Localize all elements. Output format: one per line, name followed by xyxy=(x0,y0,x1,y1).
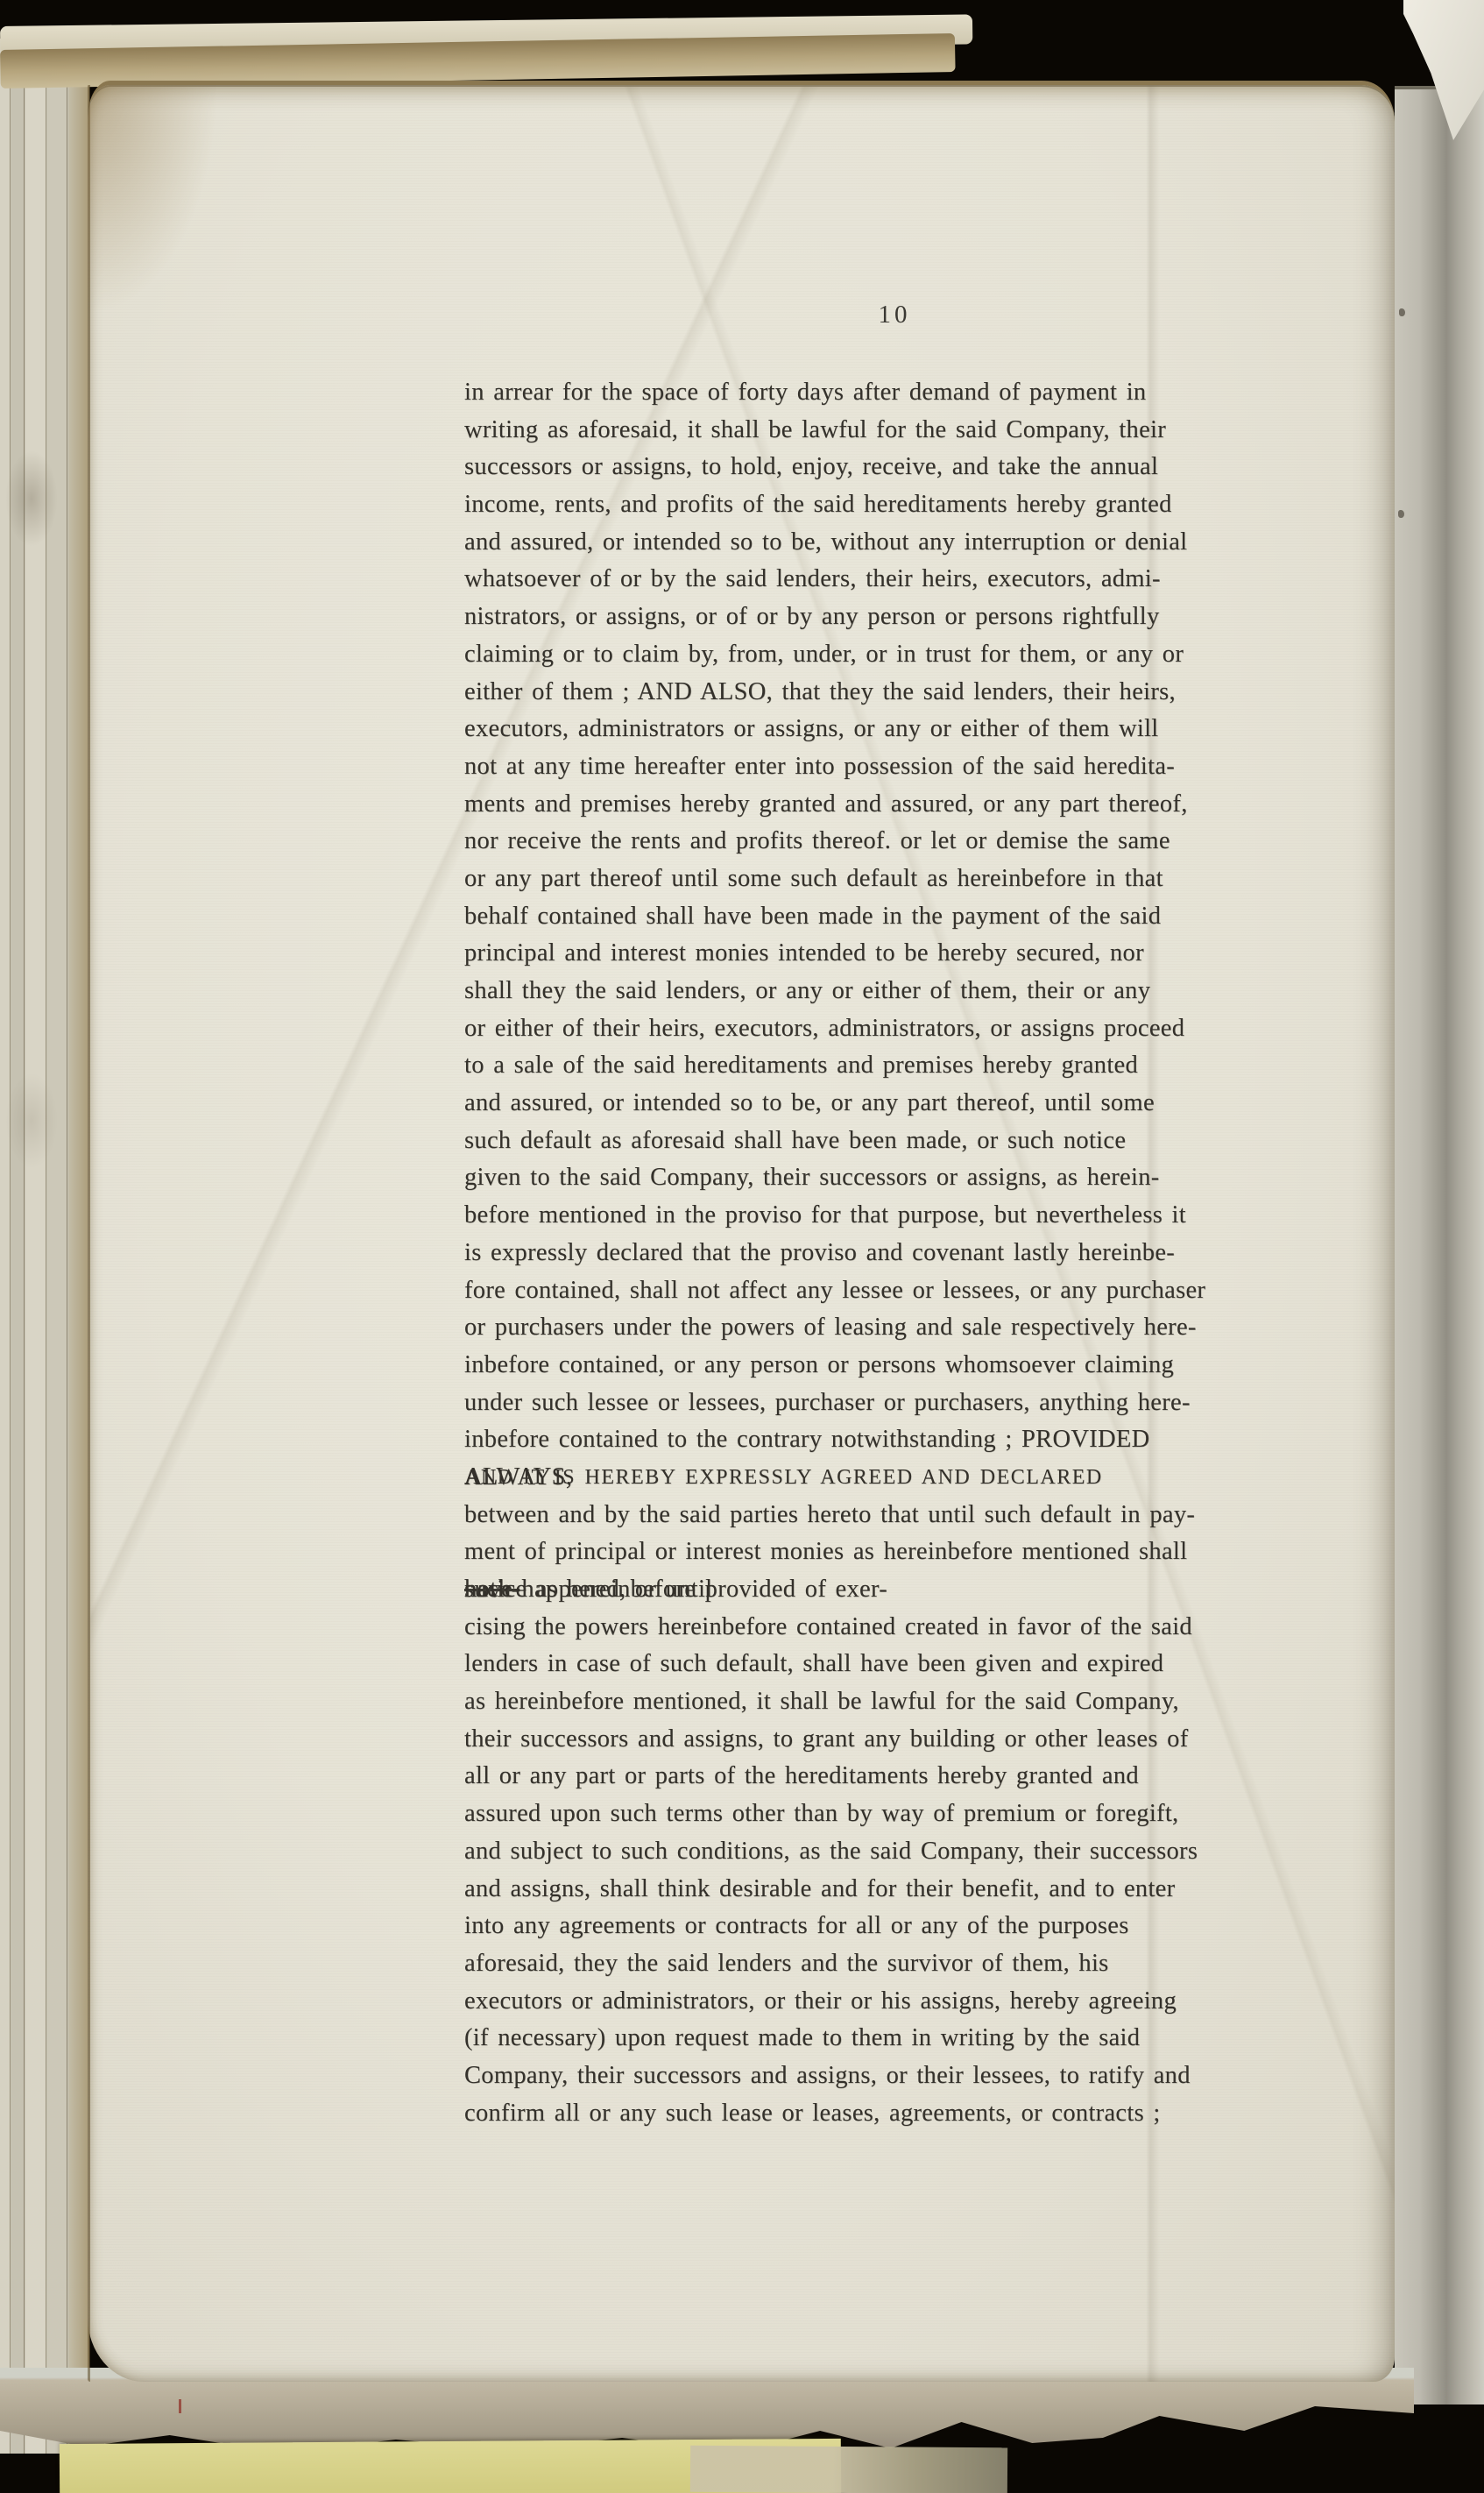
text-line: whatsoever of or by the said lenders, th… xyxy=(464,561,1325,598)
text-line: Company, their successors and assigns, o… xyxy=(464,2057,1325,2095)
text-line: writing as aforesaid, it shall be lawful… xyxy=(464,412,1325,450)
page-edge-strip xyxy=(47,39,67,2454)
text-line: executors or administrators, or their or… xyxy=(464,1983,1325,2021)
text-line: such default as aforesaid shall have bee… xyxy=(464,1123,1325,1160)
text-line: claiming or to claim by, from, under, or… xyxy=(464,636,1325,674)
text-line: nistrators, or assigns, or of or by any … xyxy=(464,598,1325,636)
page-left-edge xyxy=(88,85,90,2382)
text-line: their successors and assigns, to grant a… xyxy=(464,1721,1325,1759)
text-line: nor receive the rents and profits thereo… xyxy=(464,823,1325,861)
book-scan-photo: 10 in arrear for the space of forty days… xyxy=(0,0,1484,2493)
text-line: inbefore contained, or any person or per… xyxy=(464,1347,1325,1385)
overlapping-paper-scrap xyxy=(690,2446,1007,2493)
text-line: before mentioned in the proviso for that… xyxy=(464,1197,1325,1235)
text-line: into any agreements or contracts for all… xyxy=(464,1908,1325,1945)
text-line: ALWAYS, AND IT IS HEREBY EXPRESSLY AGREE… xyxy=(464,1459,1325,1497)
text-line: ments and premises hereby granted and as… xyxy=(464,786,1325,824)
page-text: in arrear for the space of forty days af… xyxy=(464,374,1325,2132)
page-edge-strip xyxy=(25,39,46,2454)
page-edge-strip xyxy=(68,39,89,2454)
text-line: to a sale of the said hereditaments and … xyxy=(464,1047,1325,1085)
text-line: not at any time hereafter enter into pos… xyxy=(464,748,1325,786)
text-line: all or any part or parts of the heredita… xyxy=(464,1758,1325,1795)
text-line: confirm all or any such lease or leases,… xyxy=(464,2095,1325,2133)
text-line: or purchasers under the powers of leasin… xyxy=(464,1309,1325,1347)
text-line: principal and interest monies intended t… xyxy=(464,935,1325,973)
ink-speck xyxy=(1398,510,1404,518)
text-line: executors, administrators or assigns, or… xyxy=(464,711,1325,748)
text-line: as hereinbefore mentioned, it shall be l… xyxy=(464,1683,1325,1721)
text-line: cising the powers hereinbefore contained… xyxy=(464,1609,1325,1647)
text-line: in arrear for the space of forty days af… xyxy=(464,374,1325,412)
left-page-edges xyxy=(0,39,89,2454)
text-line: fore contained, shall not affect any les… xyxy=(464,1272,1325,1310)
text-line: have happened, or until such-notice as h… xyxy=(464,1571,1325,1609)
text-line: (if necessary) upon request made to them… xyxy=(464,2020,1325,2057)
text-line: and assigns, shall think desirable and f… xyxy=(464,1871,1325,1909)
adjacent-page-edge xyxy=(1395,86,1484,2404)
text-line: or either of their heirs, executors, adm… xyxy=(464,1010,1325,1048)
text-line: shall they the said lenders, or any or e… xyxy=(464,973,1325,1010)
text-line: and subject to such conditions, as the s… xyxy=(464,1833,1325,1871)
text-line: and assured, or intended so to be, or an… xyxy=(464,1085,1325,1123)
text-line: is expressly declared that the proviso a… xyxy=(464,1235,1325,1272)
text-line: and assured, or intended so to be, witho… xyxy=(464,524,1325,562)
page-edge-strip xyxy=(0,39,11,2454)
document-page: 10 in arrear for the space of forty days… xyxy=(88,81,1395,2382)
edge-smudge xyxy=(5,1073,58,1169)
text-line: behalf contained shall have been made in… xyxy=(464,898,1325,936)
page-edge-strip xyxy=(11,39,25,2454)
ink-speck xyxy=(1399,308,1405,316)
text-line: or any part thereof until some such defa… xyxy=(464,861,1325,898)
text-line: inbefore contained to the contrary notwi… xyxy=(464,1421,1325,1459)
text-line: under such lessee or lessees, purchaser … xyxy=(464,1385,1325,1422)
text-line: ment of principal or interest monies as … xyxy=(464,1533,1325,1571)
text-line: between and by the said parties hereto t… xyxy=(464,1497,1325,1534)
edge-smudge xyxy=(5,450,58,547)
text-line: income, rents, and profits of the said h… xyxy=(464,486,1325,524)
text-line: aforesaid, they the said lenders and the… xyxy=(464,1945,1325,1983)
red-mark xyxy=(179,2399,181,2413)
page-number: 10 xyxy=(464,301,1325,329)
text-line: assured upon such terms other than by wa… xyxy=(464,1795,1325,1833)
text-line: lenders in case of such default, shall h… xyxy=(464,1646,1325,1683)
text-line: successors or assigns, to hold, enjoy, r… xyxy=(464,449,1325,486)
text-line: given to the said Company, their success… xyxy=(464,1159,1325,1197)
text-line: either of them ; AND ALSO, that they the… xyxy=(464,674,1325,712)
